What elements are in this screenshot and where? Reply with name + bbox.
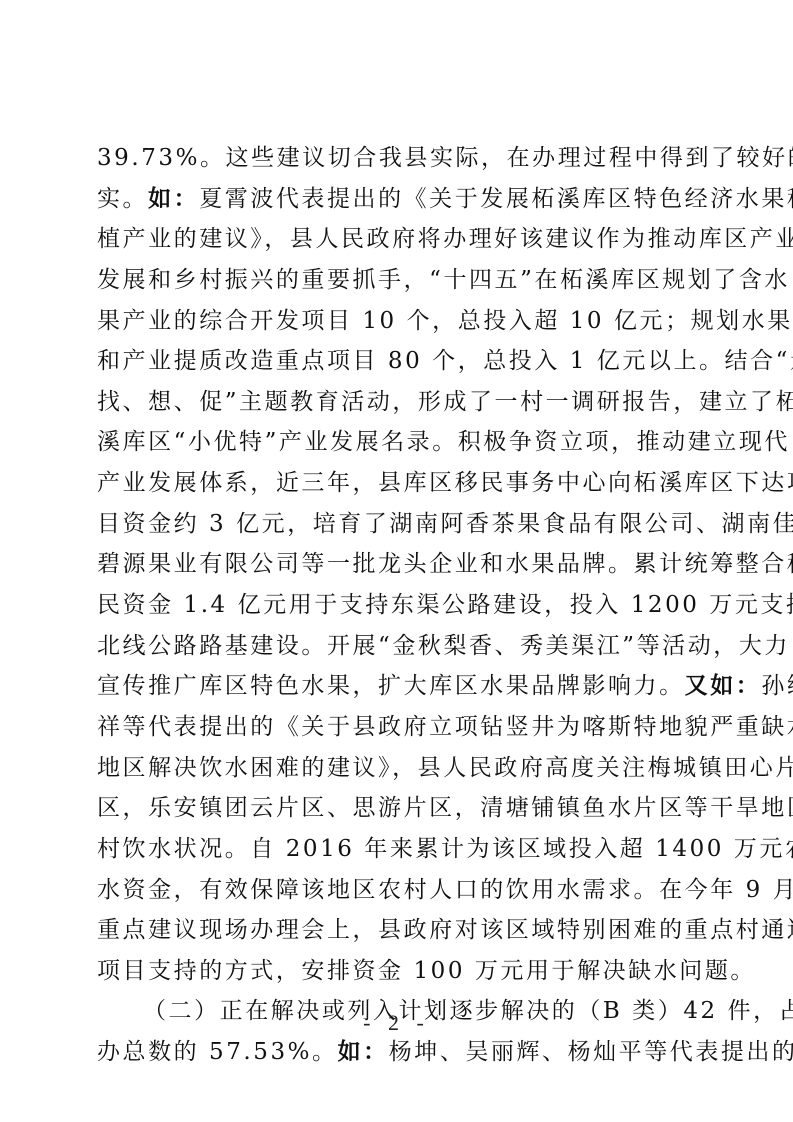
text-run: 祥等代表提出的《关于县政府立项钻竖井为喀斯特地貌严重缺水 [97, 714, 793, 740]
text-run: 民资金 1.4 亿元用于支持东渠公路建设，投入 1200 万元支持库区 [97, 592, 793, 618]
text-run: 村饮水状况。自 2016 年来累计为该区域投入超 1400 万元农村饮 [97, 836, 793, 862]
text-run: 重点建议现场办理会上，县政府对该区域特别困难的重点村通过 [97, 917, 793, 943]
text-run: 目资金约 3 亿元，培育了湖南阿香茶果食品有限公司、湖南佳镔 [97, 511, 793, 537]
text-line: 祥等代表提出的《关于县政府立项钻竖井为喀斯特地貌严重缺水 [97, 707, 701, 748]
text-line: 产业发展体系，近三年，县库区移民事务中心向柘溪库区下达项 [97, 463, 701, 504]
text-line: 重点建议现场办理会上，县政府对该区域特别困难的重点村通过 [97, 910, 701, 951]
text-run: 水资金，有效保障该地区农村人口的饮用水需求。在今年 9 月份 [97, 877, 793, 903]
text-line: 项目支持的方式，安排资金 100 万元用于解决缺水问题。 [97, 951, 701, 992]
text-line: 碧源果业有限公司等一批龙头企业和水果品牌。累计统筹整合移 [97, 544, 701, 585]
text-line: 村饮水状况。自 2016 年来累计为该区域投入超 1400 万元农村饮 [97, 829, 701, 870]
text-run: 和产业提质改造重点项目 80 个，总投入 1 亿元以上。结合“走、 [97, 348, 793, 374]
text-line: 实。如：夏霄波代表提出的《关于发展柘溪库区特色经济水果种 [97, 179, 701, 220]
bold-label: 如： [338, 1039, 389, 1065]
text-line: 地区解决饮水困难的建议》，县人民政府高度关注梅城镇田心片 [97, 748, 701, 789]
document-body: 39.73%。这些建议切合我县实际，在办理过程中得到了较好的落实。如：夏霄波代表… [97, 138, 701, 1073]
text-line: 北线公路路基建设。开展“金秋梨香、秀美渠江”等活动，大力 [97, 626, 701, 667]
text-line: 目资金约 3 亿元，培育了湖南阿香茶果食品有限公司、湖南佳镔 [97, 504, 701, 545]
text-line: 溪库区“小优特”产业发展名录。积极争资立项，推动建立现代 [97, 422, 701, 463]
text-run: 果产业的综合开发项目 10 个，总投入超 10 亿元；规划水果种植 [97, 308, 793, 334]
text-run: 北线公路路基建设。开展“金秋梨香、秀美渠江”等活动，大力 [97, 633, 790, 659]
text-run: 杨坤、吴丽辉、杨灿平等代表提出的《关 [389, 1039, 793, 1065]
text-line: 发展和乡村振兴的重要抓手，“十四五”在柘溪库区规划了含水 [97, 260, 701, 301]
text-run: 溪库区“小优特”产业发展名录。积极争资立项，推动建立现代 [97, 429, 790, 455]
text-run: 孙纲 [761, 673, 793, 699]
text-line: 民资金 1.4 亿元用于支持东渠公路建设，投入 1200 万元支持库区 [97, 585, 701, 626]
text-run: 地区解决饮水困难的建议》，县人民政府高度关注梅城镇田心片 [97, 755, 793, 781]
text-line: 果产业的综合开发项目 10 个，总投入超 10 亿元；规划水果种植 [97, 301, 701, 342]
text-run: 产业发展体系，近三年，县库区移民事务中心向柘溪库区下达项 [97, 470, 793, 496]
text-line: 找、想、促”主题教育活动，形成了一村一调研报告，建立了柘 [97, 382, 701, 423]
text-run: 植产业的建议》，县人民政府将办理好该建议作为推动库区产业 [97, 226, 793, 252]
text-line: 办总数的 57.53%。如：杨坤、吴丽辉、杨灿平等代表提出的《关 [97, 1032, 701, 1073]
text-line: 39.73%。这些建议切合我县实际，在办理过程中得到了较好的落 [97, 138, 701, 179]
text-line: 宣传推广库区特色水果，扩大库区水果品牌影响力。又如：孙纲 [97, 666, 701, 707]
text-line: 植产业的建议》，县人民政府将办理好该建议作为推动库区产业 [97, 219, 701, 260]
text-run: 发展和乡村振兴的重要抓手，“十四五”在柘溪库区规划了含水 [97, 267, 790, 293]
text-line: 区，乐安镇团云片区、思游片区，清塘铺镇鱼水片区等干旱地区 [97, 788, 701, 829]
text-line: 水资金，有效保障该地区农村人口的饮用水需求。在今年 9 月份 [97, 870, 701, 911]
text-run: 实。 [97, 186, 148, 212]
bold-label: 又如： [685, 673, 762, 699]
text-run: 项目支持的方式，安排资金 100 万元用于解决缺水问题。 [97, 958, 756, 984]
text-run: 夏霄波代表提出的《关于发展柘溪库区特色经济水果种 [199, 186, 793, 212]
page-number: - 2 - [0, 1010, 793, 1036]
text-run: 区，乐安镇团云片区、思游片区，清塘铺镇鱼水片区等干旱地区 [97, 795, 793, 821]
text-line: 和产业提质改造重点项目 80 个，总投入 1 亿元以上。结合“走、 [97, 341, 701, 382]
bold-label: 如： [148, 186, 199, 212]
text-run: 碧源果业有限公司等一批龙头企业和水果品牌。累计统筹整合移 [97, 551, 793, 577]
text-run: 39.73%。这些建议切合我县实际，在办理过程中得到了较好的落 [97, 145, 793, 171]
text-run: 宣传推广库区特色水果，扩大库区水果品牌影响力。 [97, 673, 685, 699]
text-run: 找、想、促”主题教育活动，形成了一村一调研报告，建立了柘 [97, 389, 793, 415]
text-run: 办总数的 57.53%。 [97, 1039, 338, 1065]
